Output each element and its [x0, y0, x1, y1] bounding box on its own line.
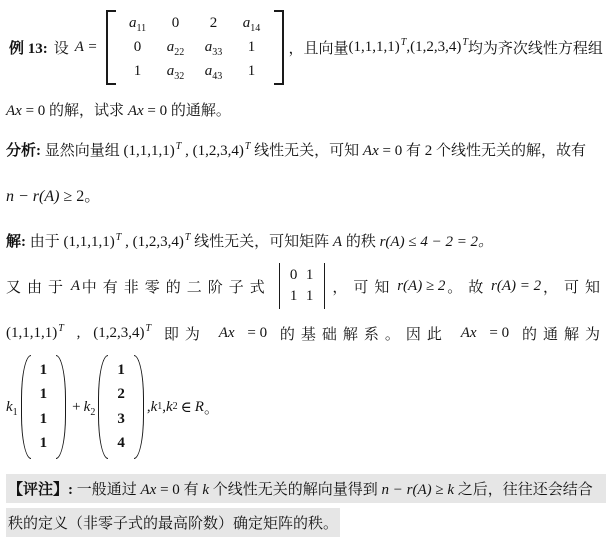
coefficient-k1: k1: [6, 399, 18, 416]
remark-section: 【评注】: 一般通过 Ax = 0 有 k 个线性无关的解向量得到 n − r(…: [6, 474, 606, 537]
vector-entries: 1 1 1 1: [31, 355, 57, 459]
math-Ax: Ax: [363, 143, 379, 159]
matrix-cell: 2: [210, 15, 218, 32]
right-parenthesis: [56, 355, 66, 459]
math-k: k: [447, 482, 454, 498]
coefficient-k2: k2: [84, 399, 96, 416]
solution-text-2: 线性无关，可知矩阵: [194, 234, 329, 250]
matrix-A: a11 0 2 a14 0 a22 a33 1 1 a32 a43 1: [106, 10, 284, 85]
matrix-cell: a22: [167, 39, 185, 56]
fundamental-text-1: 即为: [164, 323, 206, 344]
math-rA-ge-2: r(A) ≥ 2: [397, 278, 445, 295]
matrix-lhs: A =: [75, 39, 98, 56]
comma: ,: [77, 325, 81, 342]
problem-question-line: Ax = 0 的解，试求 Ax = 0 的通解。: [6, 99, 606, 120]
analysis-text-3: 有 2 个线性无关的解，故有: [406, 143, 586, 159]
math-eq0: = 0: [160, 482, 180, 498]
math-Ax: Ax: [6, 103, 22, 119]
vector-entry: 1: [40, 362, 48, 379]
math-Ax: Ax: [128, 103, 144, 119]
remark-line-1: 【评注】: 一般通过 Ax = 0 有 k 个线性无关的解向量得到 n − r(…: [6, 474, 606, 503]
math-Ax: Ax: [461, 325, 477, 342]
fundamental-text-2: 的基础解系。因此: [280, 323, 448, 344]
general-solution-text: 的通解。: [171, 103, 231, 119]
matrix-cell: 0: [134, 39, 142, 56]
math-eq0: = 0: [382, 143, 402, 159]
document-page: 例 13: 设 A = a11 0 2 a14 0 a22 a33 1 1 a3…: [0, 0, 612, 537]
det-cell: 1: [290, 288, 298, 305]
matrix-left-bracket: [106, 10, 116, 85]
remark-label: 【评注】:: [8, 482, 73, 498]
math-k: k: [202, 482, 209, 498]
general-solution-display: k1 1 1 1 1 + k2 1 2 3 4 , k1: [6, 352, 606, 462]
minor-text-1: 又由于: [6, 276, 69, 297]
vector-1: (1,1,1,1)T: [124, 143, 182, 159]
solution-label: 解:: [6, 234, 26, 250]
solution-text-1: 由于: [30, 234, 60, 250]
vector-entry: 4: [117, 435, 125, 452]
matrix-grid: a11 0 2 a14 0 a22 a33 1 1 a32 a43 1: [116, 10, 274, 85]
math-eq0: = 0: [489, 325, 509, 342]
matrix-cell: a33: [205, 39, 223, 56]
vector-2: (1,2,3,4)T: [410, 39, 468, 56]
math-n-minus-rA-ge: n − r(A) ≥: [382, 482, 444, 498]
element-of-sign: ∈: [181, 398, 192, 417]
analysis-text-1: 显然向量组: [45, 143, 120, 159]
matrix-cell: a11: [129, 15, 146, 32]
comma: ,: [125, 234, 129, 250]
minor-text-5: ，可知: [543, 276, 606, 297]
analysis-line-1: 分析: 显然向量组 (1,1,1,1)T , (1,2,3,4)T 线性无关，可…: [6, 139, 606, 160]
analysis-text-2: 线性无关，可知: [254, 143, 359, 159]
vector-2: (1,2,3,4)T: [133, 234, 191, 250]
matrix-cell: 0: [172, 15, 180, 32]
comma: ,: [185, 143, 189, 159]
remark-text-3: 个线性无关的解向量得到: [213, 482, 378, 498]
and-vector-text: ，且向量: [289, 37, 349, 58]
matrix-cell: a32: [167, 63, 185, 80]
remark-text-2: 有: [184, 482, 199, 498]
left-parenthesis: [98, 355, 108, 459]
vector-1: (1,1,1,1)T: [349, 39, 407, 56]
math-eq0: = 0: [247, 325, 267, 342]
minor-text-2: 中有非零的二阶子式: [82, 276, 271, 297]
math-rank-inequality: r(A) ≤ 4 − 2 = 2。: [380, 234, 493, 250]
math-k: k: [151, 399, 158, 416]
math-n-minus-rA: n − r(A): [6, 188, 59, 205]
column-vector-1: 1 1 1 1: [21, 355, 67, 459]
matrix-right-bracket: [274, 10, 284, 85]
math-Ax: Ax: [219, 325, 235, 342]
left-parenthesis: [21, 355, 31, 459]
math-Ax: Ax: [141, 482, 157, 498]
math-rA-eq-2: r(A) = 2: [491, 278, 541, 295]
analysis-label: 分析:: [6, 143, 41, 159]
det-cell: 1: [306, 267, 314, 284]
solution-text-3: 的秩: [346, 234, 376, 250]
matrix-cell: 1: [248, 39, 256, 56]
example-label: 例 13:: [9, 37, 48, 58]
vector-1: (1,1,1,1)T: [6, 325, 64, 342]
solution-ask-text: 的解，试求: [49, 103, 124, 119]
determinant-2x2: 0 1 1 1: [279, 263, 325, 309]
example-statement-line: 例 13: 设 A = a11 0 2 a14 0 a22 a33 1 1 a3…: [6, 4, 606, 90]
minor-text-3: ，可知: [332, 276, 395, 297]
math-ge-2: ≥ 2。: [63, 188, 100, 205]
vector-entry: 1: [40, 411, 48, 428]
matrix-cell: a43: [205, 63, 223, 80]
matrix-cell: a14: [243, 15, 261, 32]
scalar-domain: , k1 , k2 ∈ R 。: [147, 397, 219, 418]
fundamental-text-3: 的通解为: [522, 323, 606, 344]
solution-line-1: 解: 由于 (1,1,1,1)T , (1,2,3,4)T 线性无关，可知矩阵 …: [6, 230, 606, 251]
remark-text-4: 之后，往往还会结合: [458, 482, 593, 498]
period: 。: [204, 397, 219, 418]
plus-sign: +: [72, 399, 80, 416]
vector-entry: 1: [40, 386, 48, 403]
remark-text-1: 一般通过: [77, 482, 137, 498]
matrix-cell: 1: [134, 63, 142, 80]
right-parenthesis: [134, 355, 144, 459]
math-eq0: = 0: [147, 103, 167, 119]
det-cell: 1: [306, 288, 314, 305]
math-A: A: [333, 234, 342, 250]
fundamental-system-line: (1,1,1,1)T , (1,2,3,4)T 即为 Ax = 0 的基础解系。…: [6, 323, 606, 344]
analysis-line-2: n − r(A) ≥ 2。: [6, 183, 606, 206]
minor-text-4: 。故: [447, 276, 489, 297]
vector-2: (1,2,3,4)T: [193, 143, 251, 159]
math-R: R: [195, 399, 204, 416]
vector-1: (1,1,1,1)T: [64, 234, 122, 250]
vector-entry: 1: [40, 435, 48, 452]
remark-text-5: 秩的定义（非零子式的最高阶数）确定矩阵的秩。: [6, 508, 340, 537]
remark-line-2: 秩的定义（非零子式的最高阶数）确定矩阵的秩。: [6, 508, 606, 537]
matrix-cell: 1: [248, 63, 256, 80]
set-text: 设: [54, 37, 69, 58]
column-vector-2: 1 2 3 4: [98, 355, 144, 459]
math-eq0: = 0: [26, 103, 46, 119]
vector-entry: 2: [117, 386, 125, 403]
math-k: k: [166, 399, 173, 416]
math-A: A: [71, 278, 80, 295]
vector-entries: 1 2 3 4: [108, 355, 134, 459]
vector-2: (1,2,3,4)T: [93, 325, 151, 342]
minor-determinant-line: 又由于 A 中有非零的二阶子式 0 1 1 1 ，可知 r(A) ≥ 2 。故 …: [6, 263, 606, 309]
det-cell: 0: [290, 267, 298, 284]
homogeneous-system-text: 均为齐次线性方程组: [468, 37, 603, 58]
vector-entry: 3: [117, 411, 125, 428]
vector-entry: 1: [117, 362, 125, 379]
